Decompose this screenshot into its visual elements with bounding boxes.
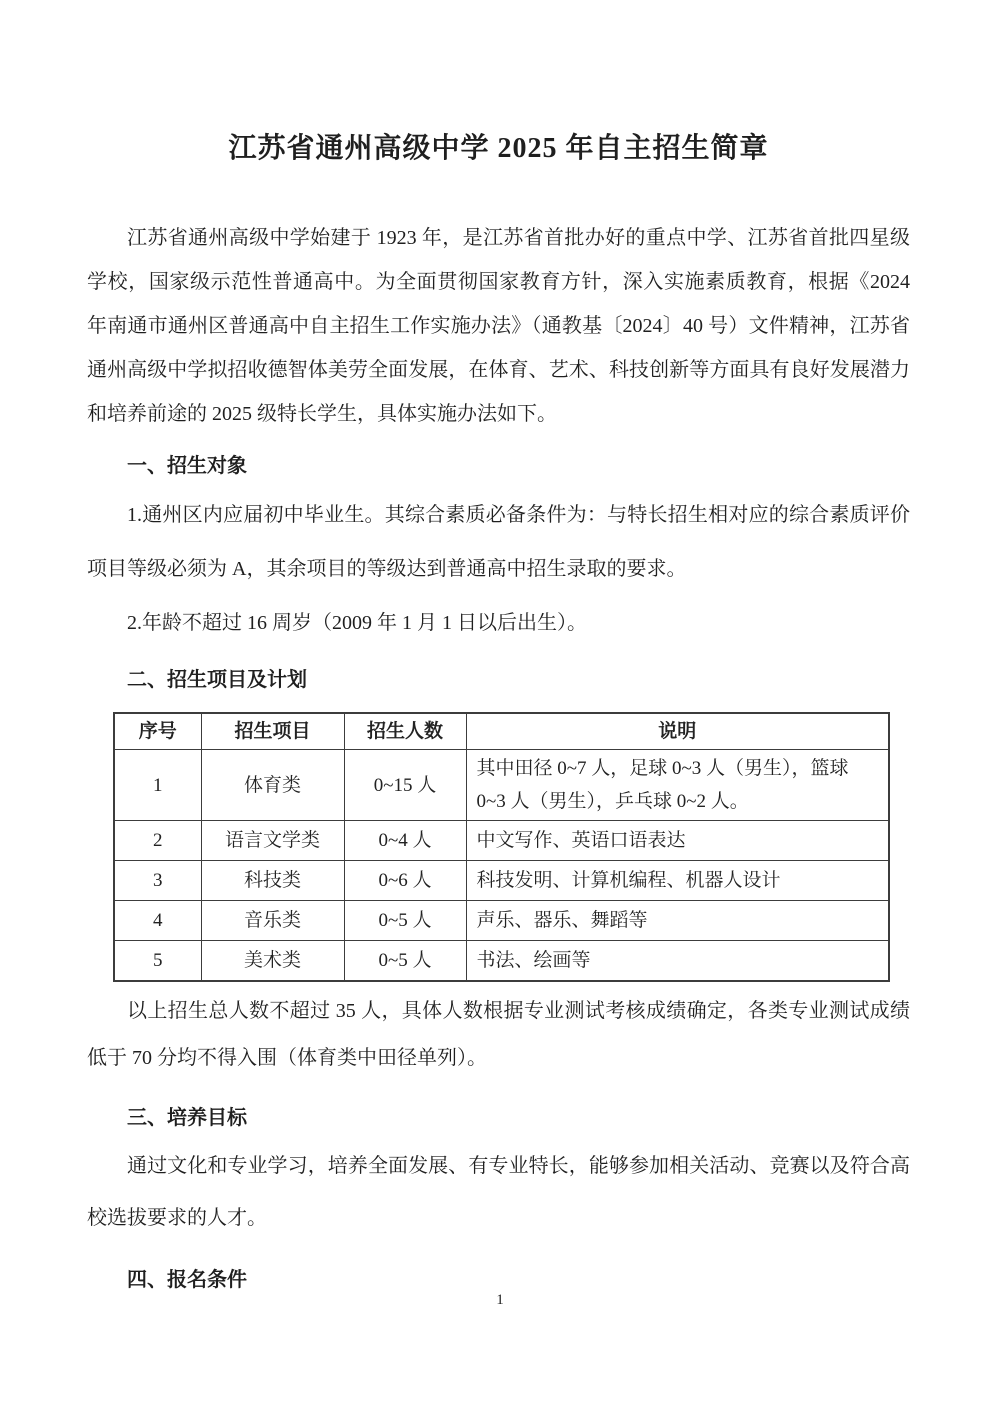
section-3-heading: 三、培养目标	[87, 1096, 910, 1140]
cell-category: 体育类	[201, 750, 344, 821]
cell-index: 3	[114, 861, 201, 901]
section-1-paragraph-1: 1.通州区内应届初中毕业生。其综合素质必备条件为：与特长招生相对应的综合素质评价…	[87, 488, 910, 596]
cell-index: 2	[114, 821, 201, 861]
cell-index: 1	[114, 750, 201, 821]
column-header-description: 说明	[466, 713, 889, 750]
table-row: 5 美术类 0~5 人 书法、绘画等	[114, 941, 889, 982]
cell-category: 科技类	[201, 861, 344, 901]
intro-paragraph: 江苏省通州高级中学始建于 1923 年，是江苏省首批办好的重点中学、江苏省首批四…	[87, 216, 910, 436]
section-2-heading: 二、招生项目及计划	[87, 658, 910, 702]
cell-description: 其中田径 0~7 人，足球 0~3 人（男生），篮球 0~3 人（男生），乒乓球…	[466, 750, 889, 821]
cell-index: 4	[114, 901, 201, 941]
cell-quota: 0~5 人	[344, 901, 466, 941]
page-number: 1	[0, 1292, 1000, 1309]
document-title: 江苏省通州高级中学 2025 年自主招生简章	[87, 132, 910, 166]
cell-quota: 0~15 人	[344, 750, 466, 821]
column-header-quota: 招生人数	[344, 713, 466, 750]
table-row: 2 语言文学类 0~4 人 中文写作、英语口语表达	[114, 821, 889, 861]
cell-description: 中文写作、英语口语表达	[466, 821, 889, 861]
column-header-index: 序号	[114, 713, 201, 750]
cell-category: 语言文学类	[201, 821, 344, 861]
cell-category: 音乐类	[201, 901, 344, 941]
table-row: 1 体育类 0~15 人 其中田径 0~7 人，足球 0~3 人（男生），篮球 …	[114, 750, 889, 821]
cell-quota: 0~4 人	[344, 821, 466, 861]
section-2-note: 以上招生总人数不超过 35 人，具体人数根据专业测试考核成绩确定，各类专业测试成…	[87, 988, 910, 1082]
table-header-row: 序号 招生项目 招生人数 说明	[114, 713, 889, 750]
column-header-category: 招生项目	[201, 713, 344, 750]
cell-index: 5	[114, 941, 201, 982]
cell-description: 声乐、器乐、舞蹈等	[466, 901, 889, 941]
table-row: 3 科技类 0~6 人 科技发明、计算机编程、机器人设计	[114, 861, 889, 901]
cell-description: 科技发明、计算机编程、机器人设计	[466, 861, 889, 901]
enrollment-plan-table: 序号 招生项目 招生人数 说明 1 体育类 0~15 人 其中田径 0~7 人，…	[113, 712, 890, 982]
section-1-paragraph-2: 2.年龄不超过 16 周岁（2009 年 1 月 1 日以后出生）。	[87, 596, 910, 650]
cell-quota: 0~5 人	[344, 941, 466, 982]
cell-category: 美术类	[201, 941, 344, 982]
cell-quota: 0~6 人	[344, 861, 466, 901]
section-1-heading: 一、招生对象	[87, 444, 910, 488]
table-row: 4 音乐类 0~5 人 声乐、器乐、舞蹈等	[114, 901, 889, 941]
document-page: 江苏省通州高级中学 2025 年自主招生简章 江苏省通州高级中学始建于 1923…	[0, 0, 1000, 1415]
section-3-paragraph: 通过文化和专业学习，培养全面发展、有专业特长，能够参加相关活动、竞赛以及符合高校…	[87, 1140, 910, 1244]
cell-description: 书法、绘画等	[466, 941, 889, 982]
